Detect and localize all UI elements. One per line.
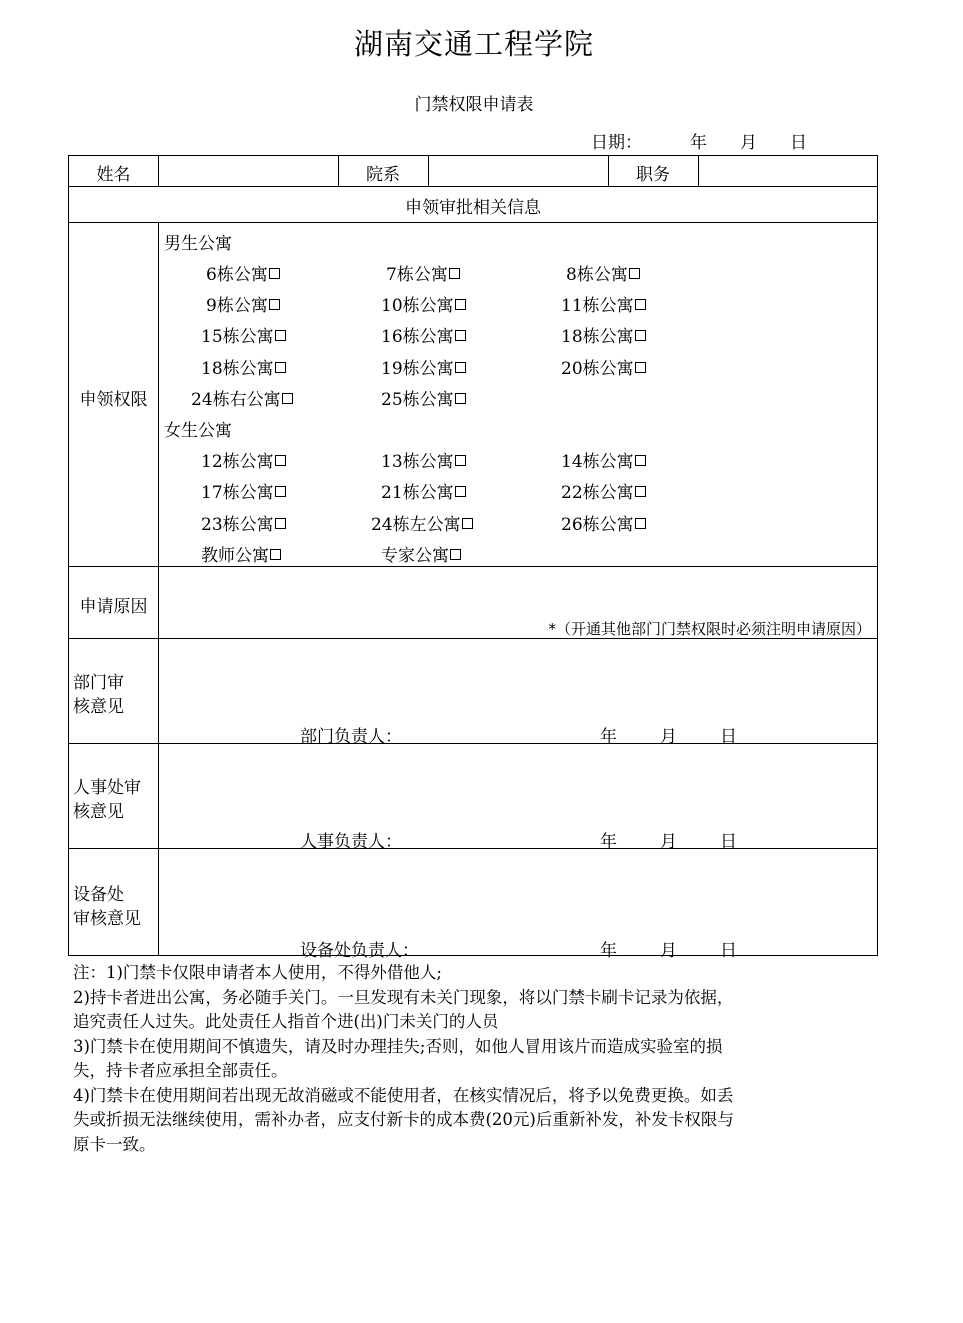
- dorm-option[interactable]: 24栋左公寓: [371, 510, 473, 535]
- checkbox[interactable]: [269, 299, 280, 310]
- checkbox[interactable]: [635, 330, 646, 341]
- department-input[interactable]: [431, 160, 605, 182]
- female-dorm-group-title: 女生公寓: [164, 416, 232, 441]
- hr-month-label: 月: [660, 827, 677, 852]
- checkbox[interactable]: [455, 486, 466, 497]
- note-line: 注：1)门禁卡仅限申请者本人使用，不得外借他人;: [73, 961, 883, 986]
- checkbox[interactable]: [282, 393, 293, 404]
- permissions-label: 申领权限: [69, 385, 158, 410]
- document-title: 湖南交通工程学院: [0, 22, 948, 63]
- dept-signer-label: 部门负责人：: [300, 722, 402, 747]
- checkbox[interactable]: [450, 549, 461, 560]
- row-divider: [69, 566, 877, 567]
- checkbox[interactable]: [455, 362, 466, 373]
- checkbox[interactable]: [455, 330, 466, 341]
- dorm-option[interactable]: 9栋公寓: [206, 291, 280, 316]
- dorm-option[interactable]: 15栋公寓: [201, 322, 286, 347]
- dorm-option[interactable]: 17栋公寓: [201, 478, 286, 503]
- equipment-approval-label-line1: 设备处: [73, 880, 124, 905]
- department-label: 院系: [338, 160, 428, 185]
- dorm-option[interactable]: 16栋公寓: [381, 322, 466, 347]
- dorm-option[interactable]: 14栋公寓: [561, 447, 646, 472]
- dorm-option[interactable]: 12栋公寓: [201, 447, 286, 472]
- name-label: 姓名: [69, 160, 158, 185]
- checkbox[interactable]: [635, 486, 646, 497]
- note-line: 4)门禁卡在使用期间若出现无故消磁或不能使用者，在核实情况后，将予以免费更换。如…: [73, 1084, 883, 1109]
- hr-day-label: 日: [720, 827, 737, 852]
- date-day-label: 日: [790, 128, 807, 153]
- equipment-approval-label-line2: 审核意见: [73, 904, 141, 929]
- checkbox[interactable]: [455, 299, 466, 310]
- checkbox[interactable]: [635, 362, 646, 373]
- checkbox[interactable]: [455, 455, 466, 466]
- dorm-option[interactable]: 教师公寓: [201, 541, 281, 566]
- dorm-option[interactable]: 26栋公寓: [561, 510, 646, 535]
- label-column-divider: [158, 222, 159, 955]
- form-subtitle: 门禁权限申请表: [0, 90, 948, 115]
- dept-day-label: 日: [720, 722, 737, 747]
- dorm-option[interactable]: 24栋右公寓: [191, 385, 293, 410]
- dorm-option[interactable]: 8栋公寓: [566, 260, 640, 285]
- dorm-option[interactable]: 18栋公寓: [561, 322, 646, 347]
- dorm-option[interactable]: 25栋公寓: [381, 385, 466, 410]
- name-input[interactable]: [161, 160, 335, 182]
- date-year-label: 年: [690, 128, 707, 153]
- hr-year-label: 年: [600, 827, 617, 852]
- checkbox[interactable]: [275, 455, 286, 466]
- checkbox[interactable]: [629, 268, 640, 279]
- dept-year-label: 年: [600, 722, 617, 747]
- dorm-option[interactable]: 19栋公寓: [381, 354, 466, 379]
- application-form-table: 姓名 院系 职务 申领审批相关信息 申领权限 男生公寓 6栋公寓 7栋公寓 8栋…: [68, 155, 878, 956]
- section-header: 申领审批相关信息: [69, 193, 877, 218]
- checkbox[interactable]: [449, 268, 460, 279]
- hr-signer-label: 人事负责人：: [300, 827, 402, 852]
- reason-label: 申请原因: [69, 592, 158, 617]
- hr-approval-label-line2: 核意见: [73, 797, 124, 822]
- note-line: 原卡一致。: [73, 1133, 883, 1158]
- checkbox[interactable]: [455, 393, 466, 404]
- note-line: 2)持卡者进出公寓，务必随手关门。一旦发现有未关门现象，将以门禁卡刷卡记录为依据…: [73, 986, 883, 1011]
- row-divider: [69, 222, 877, 223]
- note-line: 3)门禁卡在使用期间不慎遗失，请及时办理挂失;否则，如他人冒用该片而造成实验室的…: [73, 1035, 883, 1060]
- checkbox[interactable]: [269, 268, 280, 279]
- dorm-option[interactable]: 专家公寓: [381, 541, 461, 566]
- male-dorm-group-title: 男生公寓: [164, 229, 232, 254]
- equipment-year-label: 年: [600, 936, 617, 961]
- column-divider: [158, 156, 159, 186]
- dorm-option[interactable]: 18栋公寓: [201, 354, 286, 379]
- checkbox[interactable]: [635, 518, 646, 529]
- checkbox[interactable]: [635, 455, 646, 466]
- checkbox[interactable]: [270, 549, 281, 560]
- equipment-signer-label: 设备处负责人：: [300, 936, 419, 961]
- reason-note: *（开通其他部门门禁权限时必须注明申请原因）: [548, 618, 871, 639]
- note-line: 失，持卡者应承担全部责任。: [73, 1059, 883, 1084]
- date-month-label: 月: [740, 128, 757, 153]
- equipment-month-label: 月: [660, 936, 677, 961]
- dept-month-label: 月: [660, 722, 677, 747]
- date-label: 日期：: [591, 128, 642, 153]
- column-divider: [428, 156, 429, 186]
- dorm-option[interactable]: 22栋公寓: [561, 478, 646, 503]
- note-line: 追究责任人过失。此处责任人指首个进(出)门未关门的人员: [73, 1010, 883, 1035]
- reason-input[interactable]: [162, 570, 876, 618]
- dept-approval-label-line2: 核意见: [73, 692, 124, 717]
- dorm-option[interactable]: 10栋公寓: [381, 291, 466, 316]
- checkbox[interactable]: [275, 330, 286, 341]
- checkbox[interactable]: [275, 362, 286, 373]
- checkbox[interactable]: [635, 299, 646, 310]
- dorm-option[interactable]: 7栋公寓: [386, 260, 460, 285]
- checkbox[interactable]: [275, 486, 286, 497]
- dorm-option[interactable]: 21栋公寓: [381, 478, 466, 503]
- dept-approval-label-line1: 部门审: [73, 668, 124, 693]
- dorm-option[interactable]: 13栋公寓: [381, 447, 466, 472]
- note-line: 失或折损无法继续使用，需补办者，应支付新卡的成本费(20元)后重新补发，补发卡权…: [73, 1108, 883, 1133]
- row-divider: [69, 186, 877, 187]
- dorm-option[interactable]: 23栋公寓: [201, 510, 286, 535]
- row-divider: [69, 848, 877, 849]
- dorm-option[interactable]: 20栋公寓: [561, 354, 646, 379]
- checkbox[interactable]: [462, 518, 473, 529]
- column-divider: [698, 156, 699, 186]
- equipment-day-label: 日: [720, 936, 737, 961]
- position-label: 职务: [608, 160, 698, 185]
- position-input[interactable]: [701, 160, 875, 182]
- dorm-option[interactable]: 11栋公寓: [561, 291, 646, 316]
- hr-approval-label-line1: 人事处审: [73, 773, 141, 798]
- checkbox[interactable]: [275, 518, 286, 529]
- dorm-option[interactable]: 6栋公寓: [206, 260, 280, 285]
- row-divider: [69, 743, 877, 744]
- notes-section: 注：1)门禁卡仅限申请者本人使用，不得外借他人; 2)持卡者进出公寓，务必随手关…: [73, 961, 883, 1157]
